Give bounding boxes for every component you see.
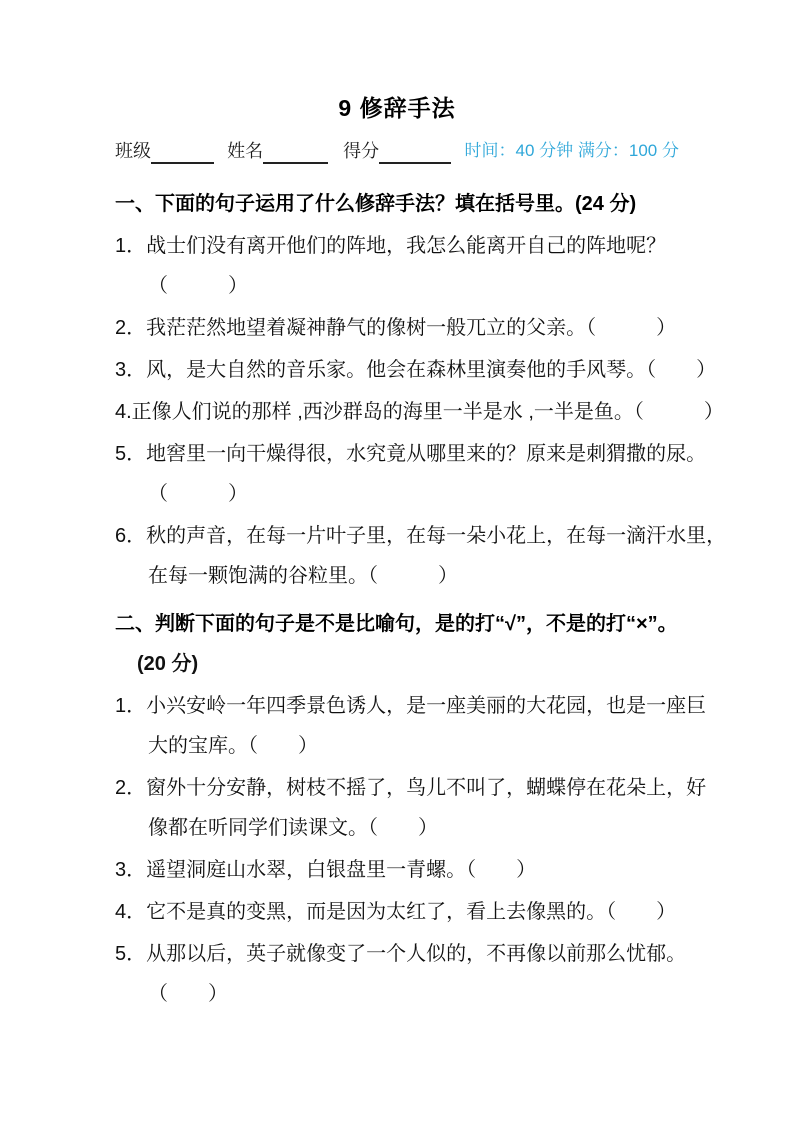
s1-question-3: 3．风，是大自然的音乐家。他会在森林里演奏他的手风琴。（ ） — [115, 350, 679, 390]
s1-question-1: 1．战士们没有离开他们的阵地，我怎么能离开自己的阵地呢？ （ ） — [115, 226, 679, 306]
question-text-line: 1．小兴安岭一年四季景色诱人，是一座美丽的大花园，也是一座巨 — [115, 686, 679, 726]
question-text-line: 2．窗外十分安静，树枝不摇了，鸟儿不叫了，蝴蝶停在花朵上，好 — [115, 768, 679, 808]
question-text-line: 1．战士们没有离开他们的阵地，我怎么能离开自己的阵地呢？ — [115, 226, 679, 266]
question-text-line: 6．秋的声音，在每一片叶子里，在每一朵小花上，在每一滴汗水里， — [115, 516, 679, 556]
s1-question-5: 5．地窖里一向干燥得很，水究竟从哪里来的？原来是刺猬撒的尿。 （ ） — [115, 434, 679, 514]
question-text-line: 5．从那以后，英子就像变了一个人似的，不再像以前那么忧郁。 — [115, 934, 679, 974]
section-two-heading: 二、判断下面的句子是不是比喻句，是的打“√”，不是的打“×”。 — [115, 604, 679, 644]
s2-question-5: 5．从那以后，英子就像变了一个人似的，不再像以前那么忧郁。 （ ） — [115, 934, 679, 1014]
question-text-line: 4.正像人们说的那样 ,西沙群岛的海里一半是水 ,一半是鱼。（ ） — [115, 392, 679, 432]
s1-question-4: 4.正像人们说的那样 ,西沙群岛的海里一半是水 ,一半是鱼。（ ） — [115, 392, 679, 432]
name-label: 姓名 — [227, 138, 263, 164]
answer-brackets-line: （ ） — [115, 266, 679, 306]
s2-question-4: 4．它不是真的变黑，而是因为太红了，看上去像黑的。（ ） — [115, 892, 679, 932]
s1-question-2: 2．我茫茫然地望着凝神静气的像树一般兀立的父亲。（ ） — [115, 308, 679, 348]
name-blank-line — [263, 142, 328, 164]
section-two: 二、判断下面的句子是不是比喻句，是的打“√”，不是的打“×”。 (20 分) 1… — [115, 604, 679, 1014]
question-text-line: 3．遥望洞庭山水翠，白银盘里一青螺。（ ） — [115, 850, 679, 890]
page-title: 9 修辞手法 — [115, 92, 679, 124]
question-text-line: 像都在听同学们读课文。（ ） — [115, 808, 679, 848]
score-blank-line — [379, 142, 450, 164]
question-text-line: 2．我茫茫然地望着凝神静气的像树一般兀立的父亲。（ ） — [115, 308, 679, 348]
s1-question-6: 6．秋的声音，在每一片叶子里，在每一朵小花上，在每一滴汗水里， 在每一颗饱满的谷… — [115, 516, 679, 596]
worksheet-page: 9 修辞手法 班级姓名得分时间：40 分钟 满分：100 分 一、下面的句子运用… — [0, 0, 793, 1122]
s2-question-2: 2．窗外十分安静，树枝不摇了，鸟儿不叫了，蝴蝶停在花朵上，好 像都在听同学们读课… — [115, 768, 679, 848]
question-text-line: 在每一颗饱满的谷粒里。（ ） — [115, 556, 679, 596]
s2-question-1: 1．小兴安岭一年四季景色诱人，是一座美丽的大花园，也是一座巨 大的宝库。（ ） — [115, 686, 679, 766]
student-info-row: 班级姓名得分时间：40 分钟 满分：100 分 — [115, 138, 679, 164]
section-one: 一、下面的句子运用了什么修辞手法？填在括号里。(24 分) 1．战士们没有离开他… — [115, 184, 679, 596]
answer-brackets-line: （ ） — [115, 974, 679, 1014]
section-two-heading-score: (20 分) — [115, 644, 679, 684]
question-text-line: 大的宝库。（ ） — [115, 726, 679, 766]
question-text-line: 4．它不是真的变黑，而是因为太红了，看上去像黑的。（ ） — [115, 892, 679, 932]
class-label: 班级 — [115, 138, 151, 164]
class-blank-line — [151, 142, 214, 164]
score-label: 得分 — [343, 138, 379, 164]
time-full-score-info: 时间：40 分钟 满分：100 分 — [465, 138, 679, 164]
section-one-heading: 一、下面的句子运用了什么修辞手法？填在括号里。(24 分) — [115, 184, 679, 224]
s2-question-3: 3．遥望洞庭山水翠，白银盘里一青螺。（ ） — [115, 850, 679, 890]
answer-brackets-line: （ ） — [115, 474, 679, 514]
question-text-line: 3．风，是大自然的音乐家。他会在森林里演奏他的手风琴。（ ） — [115, 350, 679, 390]
question-text-line: 5．地窖里一向干燥得很，水究竟从哪里来的？原来是刺猬撒的尿。 — [115, 434, 679, 474]
